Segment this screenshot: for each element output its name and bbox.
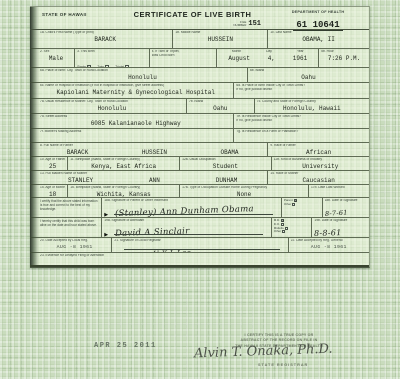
checkbox-midwife [285,227,288,230]
received-date-stamp: APR 25 2011 [94,342,157,350]
certificate-header: STATE OF HAWAII CERTIFICATE OF LIVE BIRT… [30,7,369,28]
row-mother-details: 15. Age of Mother 18 16. Birthplace (Isl… [30,184,369,197]
field-birth-hour: 5b. Hour 7:26 P.M. [318,49,369,67]
checkbox-other-attendant [282,230,285,233]
field-mother-age: 15. Age of Mother 18 [30,185,67,197]
scanned-birth-certificate: { "header": { "state": "STATE OF HAWAII"… [0,0,400,379]
field-hospital: 6c. Name of Hospital or Institution (If … [30,83,233,98]
field-residence-in-limits: 7e. Is Residence Inside City or Town Lim… [233,114,369,128]
row-child-name: 1a. Child's First Name (Type or print) B… [30,30,369,48]
form-grid: 1a. Child's First Name (Type or print) B… [30,29,369,267]
field-birth-in-limits: 6d. Is Place of Birth Inside City or Tow… [233,83,369,98]
field-informant-signature: 18a. Signature of Parent or Other Inform… [101,198,281,217]
row-attendant-signature: I hereby certify that this child was bor… [30,217,369,237]
row-residence: 7a. Usual Residence of Mother: City, Tow… [30,98,369,113]
field-farm-plantation: 7g. Is Residence on a Farm or Plantation… [233,129,369,142]
arrow-icon: ▶ [104,232,108,237]
informant-certification-text: I certify that the above stated informat… [30,198,101,217]
field-mother-name: 13. Full Maiden Name of Mother STANLEY A… [30,171,267,184]
field-local-registrar-signature: 21. Signature of Local Registrar ▶ U K L… [111,238,287,252]
file-number-value: 151 [248,20,261,28]
field-general-reg-date: 22. Date Accepted by Reg. General AUG -8… [288,238,369,252]
field-street-address: 7d. Street Address 6085 Kalanianaole Hig… [30,114,233,128]
row-street-address: 7d. Street Address 6085 Kalanianaole Hig… [30,113,369,128]
checkbox-triplet [125,65,129,67]
row-father-details: 10. Age of Father 25 11. Birthplace (Isl… [30,156,369,170]
signature-line [114,234,263,235]
row-place-of-birth: 6a. Place of Birth: City, Town or Rural … [30,67,369,82]
field-mother-occupation: 17a. Type of Occupation Outside Home Dur… [179,185,308,197]
signature-line [114,214,273,215]
field-local-reg-date: 20. Date Accepted by Local Reg. AUG -8 1… [30,238,111,252]
field-informant-relation: ParentX Other [281,198,322,217]
attendant-signature-handwriting: David A Sinclair [114,226,189,237]
local-accept-date-stamp: AUG -8 1961 [40,245,109,250]
row-birth-details: 2. Sex Male 3. This Birth SingleX Twin T… [30,48,369,67]
informant-date-handwriting: 8-7-61 [324,208,347,217]
arrow-icon: ▶ [104,212,108,217]
field-residence-city: 7a. Usual Residence of Mother: City, Tow… [30,99,186,113]
field-child-last-name: 1c. Last Name OBAMA, II [267,30,369,48]
row-registrar: 20. Date Accepted by Local Reg. AUG -8 1… [30,237,369,252]
field-mother-last-worked: 17b. Date Last Worked [308,185,369,197]
field-birth-date: Month Day Year August 4, 1961 [216,49,318,67]
checkbox-parent: X [294,199,297,202]
field-father-occupation: 12a. Usual Occupation Student [179,157,271,170]
field-residence-county: 7c. County and State or Foreign Country … [254,99,369,113]
field-father-industry: 12b. Kind of Business or Industry Univer… [271,157,369,170]
field-informant-date: 18b. Date of Signature 8-7-61 [322,198,369,217]
field-father-age: 10. Age of Father 25 [30,157,67,170]
checkbox-single: X [87,65,91,67]
general-accept-date-stamp: AUG -8 1961 [291,245,367,250]
attendant-certification-text: I hereby certify that this child was bor… [30,218,101,237]
informant-signature-handwriting: (Stanley) Ann Dunham Obama [114,204,253,217]
row-mailing-address: 7f. Mother's Mailing Address 7g. Is Resi… [30,128,369,142]
field-this-birth: 3. This Birth SingleX Twin Triplet [74,49,149,67]
field-child-middle-name: 1b. Middle Name HUSSEIN [172,30,267,48]
field-child-first-name: 1a. Child's First Name (Type or print) B… [30,30,172,48]
field-mailing-address: 7f. Mother's Mailing Address [30,129,233,142]
row-mother-name: 13. Full Maiden Name of Mother STANLEY A… [30,170,369,184]
field-birth-city: 6a. Place of Birth: City, Town or Rural … [30,68,247,82]
field-mother-race: 14. Race of Mother Caucasian [267,171,369,184]
field-delayed-filing-evidence: 23. Evidence for Delayed Filing or Alter… [30,253,369,265]
row-evidence: 23. Evidence for Delayed Filing or Alter… [30,252,369,265]
field-attendant-date: 19b. Date of Signature 8-8-61 [311,218,369,237]
certificate-title: CERTIFICATE OF LIVE BIRTH [114,10,271,19]
field-residence-island: 7b. Island Oahu [186,99,254,113]
checkbox-other-informant [292,203,295,206]
row-informant-signature: I certify that the above stated informat… [30,197,369,217]
field-father-race: 9. Race of Father African [267,143,369,156]
state-registrar-title: STATE REGISTRAR [258,363,308,367]
certificate-sheet: STATE OF HAWAII CERTIFICATE OF LIVE BIRT… [30,6,370,268]
department-label: DEPARTMENT OF HEALTH [271,10,365,14]
field-attendant-type: M.D.X D.O. Midwife Other [271,218,312,237]
row-father-name: 8. Full Name of Father BARACK HUSSEIN OB… [30,142,369,156]
row-hospital: 6c. Name of Hospital or Institution (If … [30,82,369,98]
field-father-birthplace: 11. Birthplace (Island, State or Foreign… [67,157,179,170]
field-birth-island: 6b. Island Oahu [247,68,369,82]
checkbox-twin [105,65,109,67]
field-attendant-signature: 19a. Signature of Attendant ▶ David A Si… [101,218,271,237]
field-mother-birthplace: 16. Birthplace (Island, State or Foreign… [67,185,179,197]
signature-line [124,249,279,250]
attendant-date-handwriting: 8-8-61 [314,228,342,237]
field-twin-order: 4. If Twin or Triplet, Was Child Born 1s… [149,49,217,67]
field-sex: 2. Sex Male [30,49,74,67]
field-father-name: 8. Full Name of Father BARACK HUSSEIN OB… [30,143,267,156]
state-name: STATE OF HAWAII [42,12,114,17]
checkbox-md: X [281,219,284,222]
